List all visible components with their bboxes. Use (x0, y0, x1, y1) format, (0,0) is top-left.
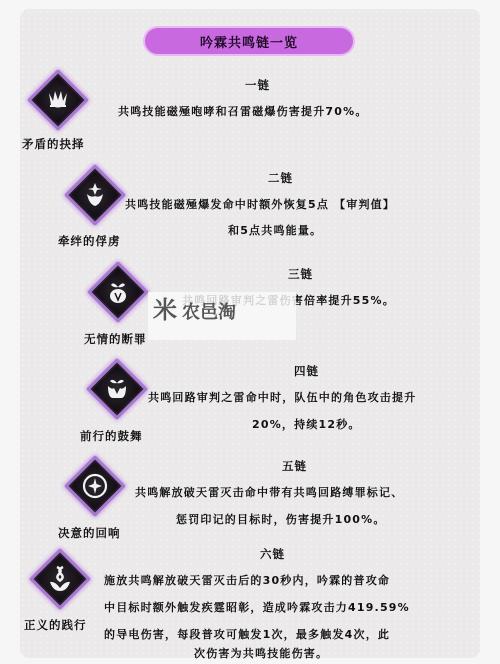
chain-1-title: 一链 (245, 77, 270, 93)
chain-5-desc-line-2: 惩罚印记的目标时，伤害提升100%。 (176, 511, 386, 527)
chain-4-desc-line-2: 20%，持续12秒。 (252, 416, 361, 432)
chain-6-desc-line-1: 施放共鸣解放破天雷灭击后的30秒内，吟霖的普攻命 (104, 572, 390, 588)
chain-1-name: 矛盾的抉择 (22, 136, 85, 152)
chain-4-title: 四链 (294, 363, 319, 379)
watermark-logo-icon: 米 (153, 298, 177, 322)
chain-4-desc-line-1: 共鸣回路审判之雷命中时，队伍中的角色攻击提升 (148, 389, 416, 405)
chain-4-name: 前行的鼓舞 (80, 428, 143, 444)
chain-5-name: 决意的回响 (58, 525, 121, 541)
chain-6-desc-line-3: 的导电伤害，每段普攻可触发1次，最多触发4次，此 (104, 626, 390, 642)
chain-6-desc-line-4: 次伤害为共鸣技能伤害。 (194, 645, 328, 661)
chain-2-desc-line-2: 和5点共鸣能量。 (228, 222, 322, 238)
watermark-text: 农邑淘 (182, 298, 236, 324)
chain-2-desc-line-1: 共鸣技能磁殛爆发命中时额外恢复5点 【审判值】 (125, 196, 395, 212)
chain-3-name: 无情的断罪 (84, 331, 147, 347)
chain-6-name: 正义的践行 (24, 617, 87, 633)
page-title: 吟霖共鸣链一览 (145, 28, 353, 54)
chain-1-desc: 共鸣技能磁殛咆哮和召雷磁爆伤害提升70%。 (118, 103, 368, 119)
chain-2-title: 二链 (268, 170, 293, 186)
page-title-text: 吟霖共鸣链一览 (200, 32, 298, 51)
chain-6-desc-line-2: 中目标时额外触发疾霆昭彰，造成吟霖攻击力419.59% (104, 599, 410, 615)
watermark: 米 农邑淘 (148, 292, 296, 340)
chain-3-title: 三链 (288, 266, 313, 282)
chain-6-title: 六链 (260, 546, 285, 562)
chain-5-title: 五链 (282, 458, 307, 474)
chain-2-name: 牵绊的俘虏 (58, 233, 121, 249)
chain-5-desc-line-1: 共鸣解放破天雷灭击命中带有共鸣回路缚罪标记、 (135, 484, 403, 500)
